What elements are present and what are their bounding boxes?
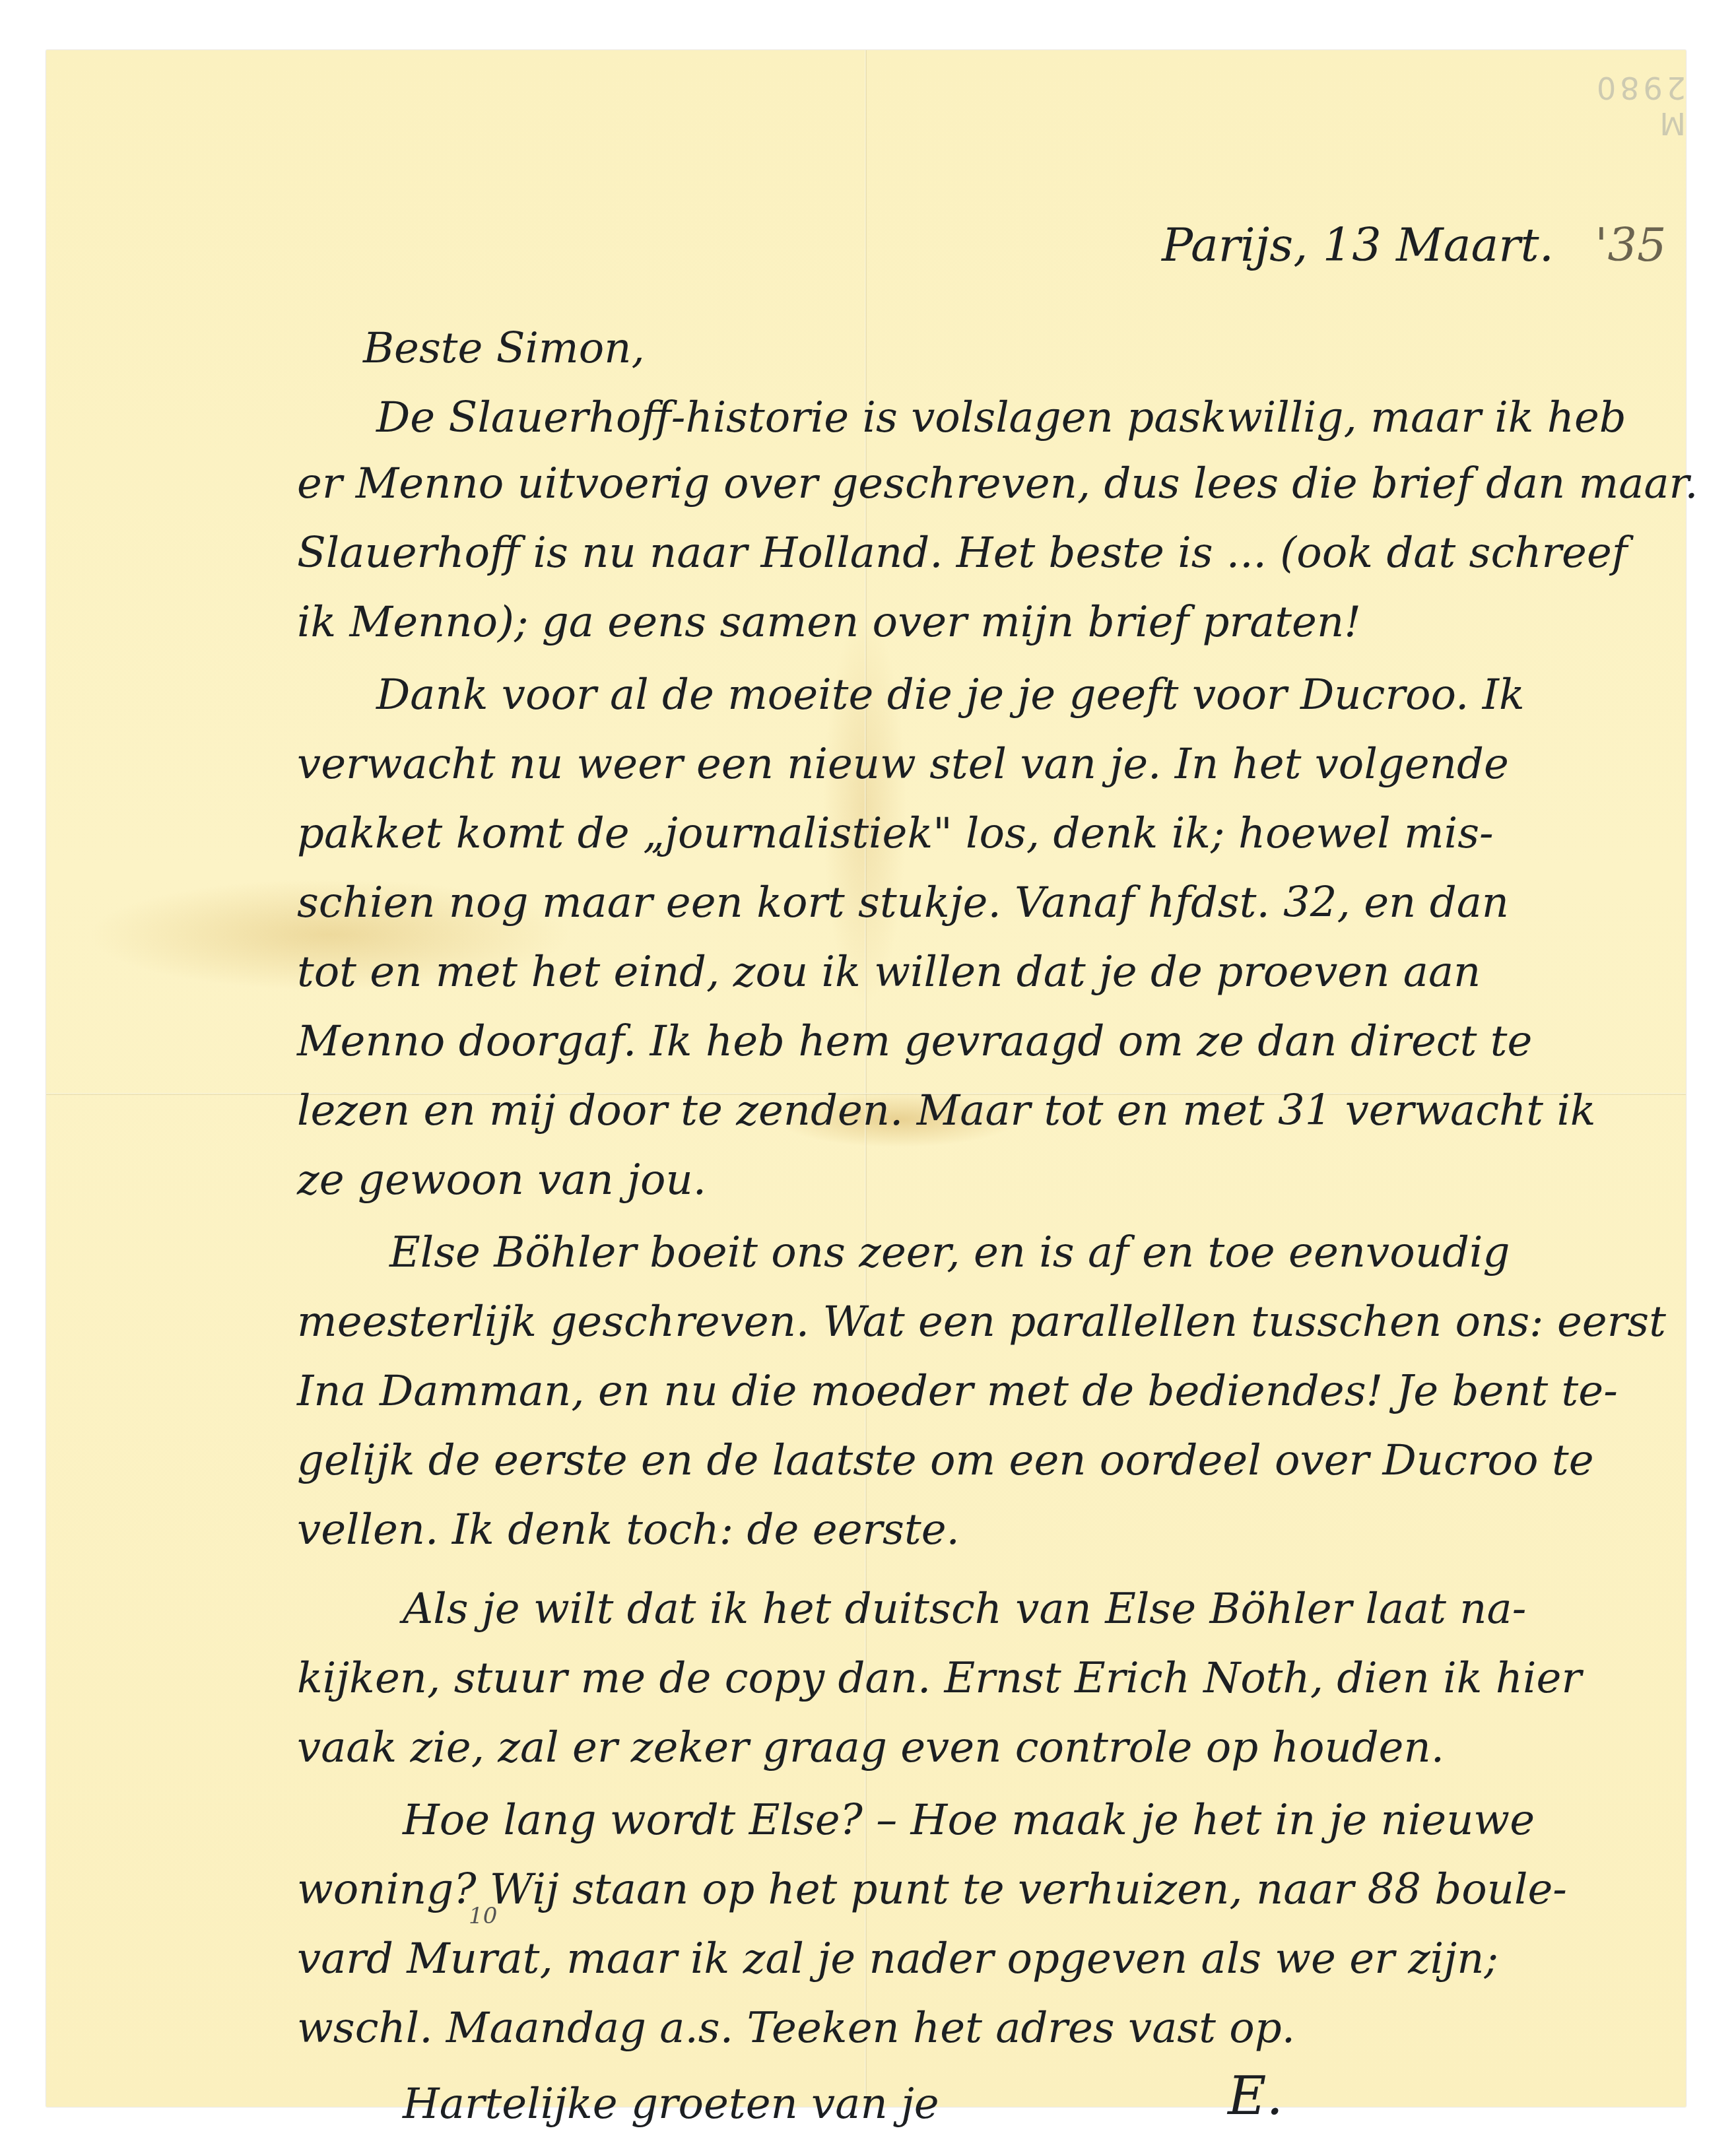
letter-line: meesterlijk geschreven. Wat een parallel… [297, 1301, 1666, 1343]
closing: Hartelijke groeten van je [403, 2083, 939, 2125]
letter-line: schien nog maar een kort stukje. Vanaf h… [297, 882, 1509, 924]
letter-paper: M 2980 Parijs, 13 Maart. '35 Beste Simon… [46, 50, 1686, 2107]
letter-line: pakket komt de „journalistiek" los, denk… [297, 812, 1494, 855]
letter-line: wschl. Maandag a.s. Teeken het adres vas… [297, 2007, 1295, 2049]
dateline: Parijs, 13 Maart. '35 [1162, 222, 1667, 268]
letter-line: Ina Damman, en nu die moeder met de bedi… [297, 1370, 1618, 1412]
letter-line: Menno doorgaf. Ik heb hem gevraagd om ze… [297, 1020, 1532, 1063]
letter-line: kijken, stuur me de copy dan. Ernst Eric… [297, 1657, 1582, 1700]
letter-line: vard Murat, maar ik zal je nader opgeven… [297, 1938, 1498, 1980]
letter-line: Slauerhoff is nu naar Holland. Het beste… [297, 532, 1628, 574]
letter-line: ik Menno); ga eens samen over mijn brief… [297, 601, 1361, 644]
letter-line: gelijk de eerste en de laatste om een oo… [297, 1440, 1594, 1482]
place-date: Parijs, 13 Maart. [1162, 218, 1554, 272]
letter-line: er Menno uitvoerig over geschreven, dus … [297, 463, 1698, 505]
letter-line: ze gewoon van jou. [297, 1159, 706, 1201]
letter-line: Als je wilt dat ik het duitsch van Else … [403, 1588, 1526, 1630]
signature: E. [1228, 2070, 1283, 2123]
letter-line: Hoe lang wordt Else? – Hoe maak je het i… [403, 1799, 1535, 1841]
letter-line: vaak zie, zal er zeker graag even contro… [297, 1727, 1444, 1769]
year-annotation: '35 [1595, 218, 1666, 272]
letter-line: tot en met het eind, zou ik willen dat j… [297, 951, 1481, 993]
margin-note: 10 [469, 1905, 497, 1927]
letter-line: vellen. Ik denk toch: de eerste. [297, 1509, 960, 1551]
letter-line: Else Böhler boeit ons zeer, en is af en … [389, 1232, 1510, 1274]
letter-line: De Slauerhoff-historie is volslagen pask… [376, 397, 1626, 439]
salutation: Beste Simon, [363, 327, 645, 370]
letter-line: Dank voor al de moeite die je je geeft v… [376, 674, 1525, 716]
letter-line: verwacht nu weer een nieuw stel van je. … [297, 743, 1509, 785]
letter-line: lezen en mij door te zenden. Maar tot en… [297, 1090, 1596, 1132]
archive-stamp: M 2980 [1564, 70, 1686, 141]
